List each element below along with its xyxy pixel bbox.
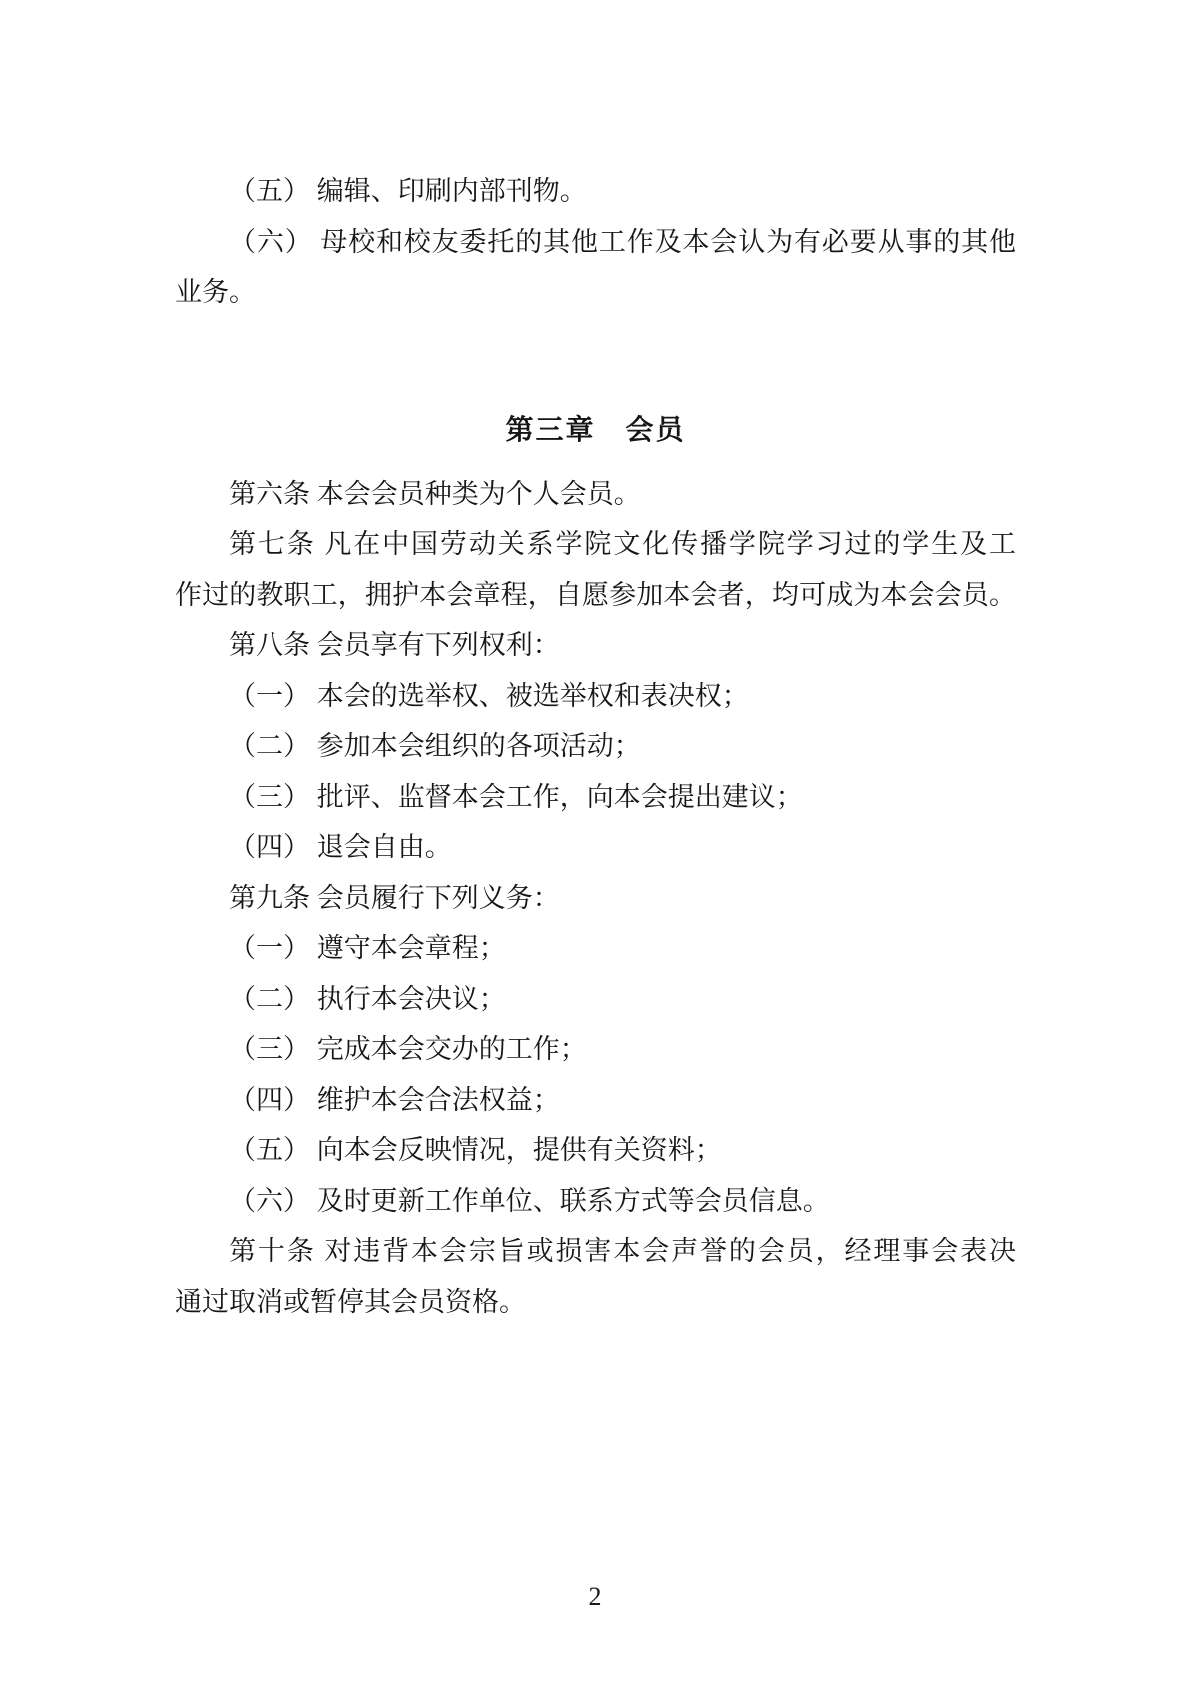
body-line: （三） 完成本会交办的工作； <box>175 1024 1016 1075</box>
body-line: （五） 向本会反映情况，提供有关资料； <box>175 1125 1016 1176</box>
body-line: 第九条 会员履行下列义务： <box>175 873 1016 924</box>
body-line: 作过的教职工，拥护本会章程，自愿参加本会者，均可成为本会会员。 <box>175 570 1016 621</box>
body-line: （六） 母校和校友委托的其他工作及本会认为有必要从事的其他 <box>175 217 1016 268</box>
body-line: （二） 参加本会组织的各项活动； <box>175 721 1016 772</box>
body-line: 通过取消或暂停其会员资格。 <box>175 1277 1016 1328</box>
body-line: （六） 及时更新工作单位、联系方式等会员信息。 <box>175 1176 1016 1227</box>
body-line: （二） 执行本会决议； <box>175 974 1016 1025</box>
document-body: （五） 编辑、印刷内部刊物。 （六） 母校和校友委托的其他工作及本会认为有必要从… <box>175 166 1016 1327</box>
body-line: （三） 批评、监督本会工作，向本会提出建议； <box>175 772 1016 823</box>
body-line: 业务。 <box>175 267 1016 318</box>
body-line: （四） 维护本会合法权益； <box>175 1075 1016 1126</box>
chapter-heading: 第三章 会员 <box>175 406 1016 456</box>
body-line: 第八条 会员享有下列权利： <box>175 620 1016 671</box>
body-line: （一） 本会的选举权、被选举权和表决权； <box>175 671 1016 722</box>
body-line: （一） 遵守本会章程； <box>175 923 1016 974</box>
body-line: 第七条 凡在中国劳动关系学院文化传播学院学习过的学生及工 <box>175 519 1016 570</box>
body-line: 第六条 本会会员种类为个人会员。 <box>175 469 1016 520</box>
page-number: 2 <box>0 1582 1190 1612</box>
body-line: （五） 编辑、印刷内部刊物。 <box>175 166 1016 217</box>
body-line: 第十条 对违背本会宗旨或损害本会声誉的会员，经理事会表决 <box>175 1226 1016 1277</box>
body-line: （四） 退会自由。 <box>175 822 1016 873</box>
document-page: （五） 编辑、印刷内部刊物。 （六） 母校和校友委托的其他工作及本会认为有必要从… <box>0 0 1190 1683</box>
